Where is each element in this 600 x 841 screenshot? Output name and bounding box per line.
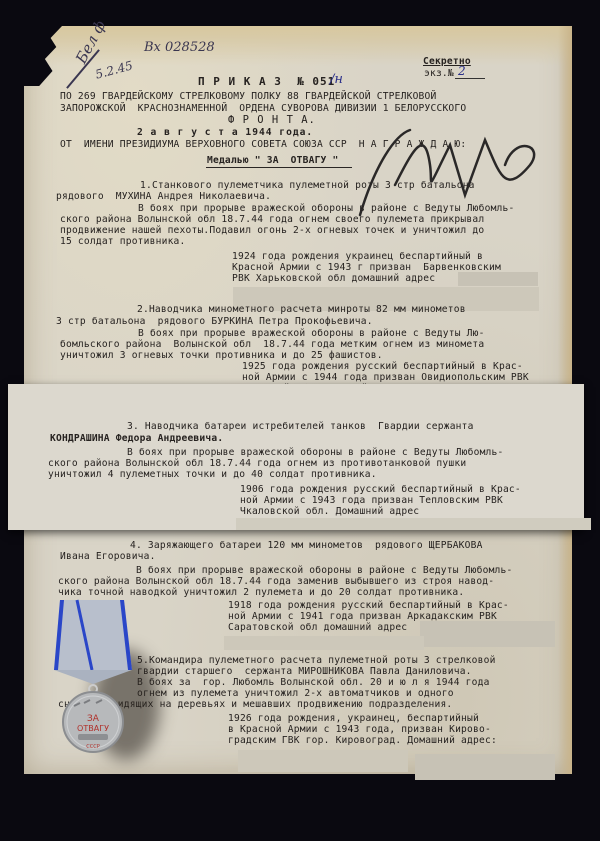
entry-5-line-1: 5.Командира пулеметного расчета пулеметн…	[137, 655, 496, 666]
redacted-address	[458, 272, 538, 286]
entry-1-line-1: 1.Станкового пулеметчика пулеметной роты…	[140, 180, 475, 191]
header-line-3: Ф Р О Н Т А.	[228, 115, 316, 126]
medal-for-courage-icon: ЗА ОТВАГУ СССР	[52, 598, 134, 753]
entry-2-line-1: 2.Наводчика минометного расчета минроты …	[137, 304, 466, 315]
entry-3-line-3: В боях при прорыве вражеской обороны в р…	[127, 447, 503, 458]
entry-4-line-2: Ивана Егоровича.	[60, 551, 156, 562]
entry-2-bio-1: 1925 года рождения русский беспартийный …	[242, 361, 523, 372]
award-title: Медалью " ЗА ОТВАГУ "	[207, 155, 338, 166]
entry-2-line-2: 3 стр батальона рядового БУРКИНА Петра П…	[56, 316, 373, 327]
entry-4-line-4: ского района Волынской обл 18.7.44 года …	[58, 576, 494, 587]
entry-5-line-2: гвардии старшего сержанта МИРОШНИКОВА Па…	[137, 666, 472, 677]
entry-4-line-5: чика точной наводкой уничтожил 2 пулемет…	[58, 587, 464, 598]
header-line-1: ПО 269 ГВАРДЕЙСКОМУ СТРЕЛКОВОМУ ПОЛКУ 88…	[60, 91, 436, 102]
entry-5-line-3: В боях за гор. Любомль Волынской обл. 20…	[137, 677, 490, 688]
copy-number: 2	[458, 64, 466, 78]
medal-inscription-bottom: ОТВАГУ	[77, 724, 109, 733]
entry-3-bio-1: 1906 года рождения русский беспартийный …	[240, 484, 521, 495]
entry-1-line-5: продвижение нашей пехоты.Подавил огонь 2…	[60, 225, 484, 236]
entry-5-line-4: огнем из пулемета уничтожил 2-х автоматч…	[137, 688, 454, 699]
handwritten-reg-number: Вх 028528	[144, 40, 215, 55]
entry-2-line-5: уничтожил 3 огневых точки противника и д…	[60, 350, 383, 361]
medal-inscription-top: ЗА	[87, 714, 100, 724]
medal-country: СССР	[86, 744, 100, 750]
order-date: 2 а в г у с т а 1944 года.	[137, 127, 313, 138]
redacted-address	[420, 621, 555, 647]
entry-1-line-4: ского района Волынской обл 18.7.44 года …	[60, 214, 484, 225]
entry-3-line-1: 3. Наводчика батареи истребителей танков…	[127, 421, 474, 432]
order-suffix: /н	[330, 72, 343, 87]
entry-2-line-3: В боях при прорыве вражеской обороны в р…	[138, 328, 485, 339]
entry-4-bio-3: Саратовской обл домашний адрес	[228, 622, 407, 633]
redacted-address	[236, 518, 591, 530]
header-line-2: ЗАПОРОЖСКОЙ КРАСНОЗНАМЕННОЙ ОРДЕНА СУВОР…	[60, 103, 466, 114]
entry-1-line-2: рядового МУХИНА Андрея Николаевича.	[56, 191, 271, 202]
entry-3-line-4: ского района Волынской обл 18.7.44 года …	[48, 458, 466, 469]
redacted-address	[224, 636, 424, 650]
entry-5-bio-3: градским ГВК гор. Кировоград. Домашний а…	[228, 735, 497, 746]
entry-1-bio-1: 1924 года рождения украинец беспартийный…	[232, 251, 483, 262]
copy-number-underline	[455, 78, 485, 79]
entry-5-bio-2: в Красной Армии с 1943 года, призван Кир…	[228, 724, 491, 735]
entry-5-bio-1: 1926 года рождения, украинец, беспартийн…	[228, 713, 479, 724]
entry-2-bio-2: ной Армии с 1944 года призван Овидиополь…	[242, 372, 529, 383]
order-title: П Р И К А З № 051	[198, 76, 335, 87]
entry-3-line-2: КОНДРАШИНА Федора Андреевича.	[50, 433, 223, 444]
redacted-address	[238, 750, 408, 772]
entry-4-line-1: 4. Заряжающего батареи 120 мм минометов …	[130, 540, 483, 551]
entry-1-line-6: 15 солдат противника.	[60, 236, 186, 247]
copy-label: экз.№	[424, 68, 454, 79]
entry-1-line-3: В боях при прорыве вражеской обороны в р…	[138, 203, 514, 214]
entry-4-line-3: В боях при прорыве вражеской обороны в р…	[136, 565, 512, 576]
entry-4-bio-1: 1918 года рождения русский беспартийный …	[228, 600, 509, 611]
award-underline	[206, 167, 352, 168]
entry-3-bio-2: ной Армии с 1943 года призван Тепловским…	[240, 495, 503, 506]
entry-3-bio-3: Чкаловской обл. Домашний адрес	[240, 506, 419, 517]
redacted-address	[415, 754, 555, 780]
entry-2-line-4: бомльского района Волынской обл 18.7.44 …	[60, 339, 484, 350]
entry-3-line-5: уничтожил 4 пулеметных точки и до 40 сол…	[48, 469, 377, 480]
entry-1-bio-3: РВК Харьковской обл домашний адрес	[232, 273, 435, 284]
